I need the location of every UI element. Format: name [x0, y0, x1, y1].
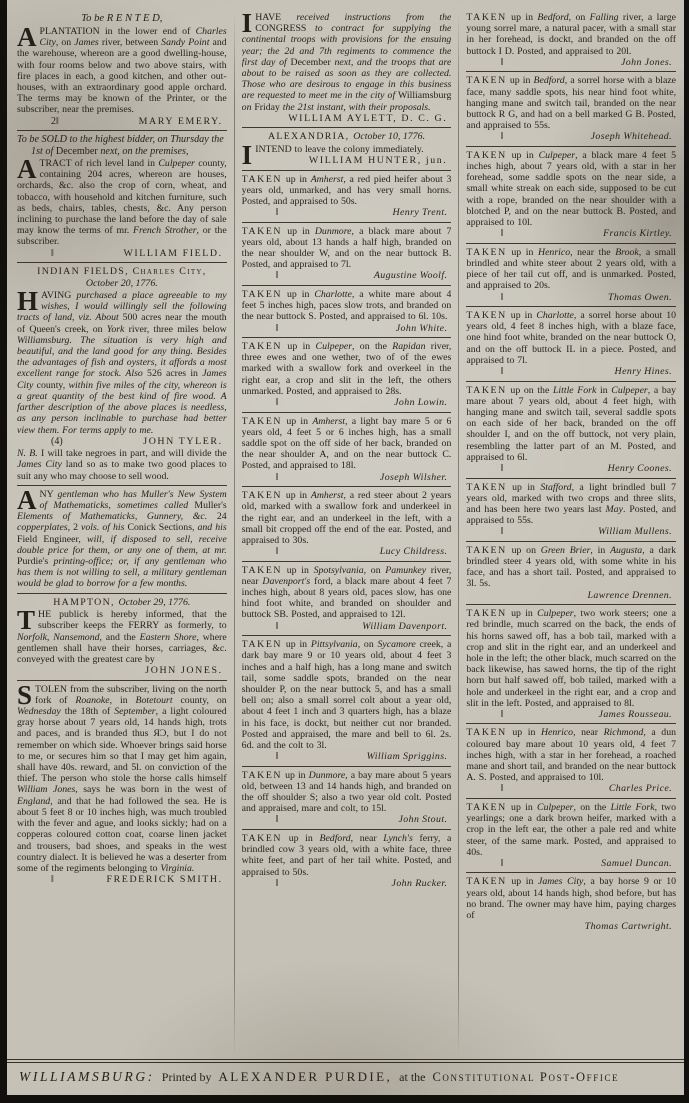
- text-segment: , a light coloured gray horse about 7 ye…: [17, 706, 227, 784]
- signature-mark: ‖: [500, 463, 503, 475]
- imprint-printer-name: ALEXANDER PURDIE,: [218, 1069, 392, 1085]
- ad-divider: [242, 222, 452, 223]
- signature-mark: ‖: [276, 814, 279, 826]
- ad-body: APLANTATION in the lower end of Charles …: [17, 26, 227, 116]
- text-segment: up in: [507, 12, 538, 23]
- text-segment: up in: [282, 639, 311, 650]
- text-segment: , in: [590, 545, 610, 556]
- text-segment: Dunmore: [309, 770, 346, 781]
- ad-lead-word: TAKEN: [466, 876, 506, 887]
- signature-name: James Rousseau.: [599, 709, 672, 721]
- signature-row: ‖Joseph Whitehead.: [466, 131, 676, 143]
- signature-mark: ‖: [276, 397, 279, 409]
- signature-name: John Stout.: [399, 814, 448, 826]
- text-segment: river, three miles below: [124, 324, 226, 335]
- advertisement: TAKEN up in Bedford, near Lynch's ferry,…: [242, 833, 452, 889]
- drop-cap: A: [17, 158, 40, 180]
- signature-mark: ‖: [500, 228, 503, 240]
- ad-body: TAKEN up in Henrico, near Richmond, a du…: [466, 727, 676, 783]
- signature-mark: ‖: [276, 546, 279, 558]
- signature-name: Augustine Woolf.: [374, 270, 448, 282]
- signature-name: Henry Hines.: [615, 366, 672, 378]
- advertisement: TAKEN up on Green Brier, in Augusta, a d…: [466, 545, 676, 601]
- text-segment: , a black mare 4 feet 5 inches high, abo…: [466, 150, 676, 228]
- text-segment: Little Fork: [553, 385, 596, 396]
- signature-name: MARY EMERY.: [139, 116, 223, 128]
- text-segment: Davenport's: [262, 576, 310, 587]
- text-segment: ALEXANDRIA,: [268, 131, 353, 142]
- text-segment: , on the: [574, 802, 611, 813]
- ad-heading: To be SOLD to the highest bidder, on Thu…: [17, 134, 227, 157]
- ad-lead-word: TAKEN: [242, 639, 282, 650]
- ad-divider: [242, 486, 452, 487]
- text-segment: up in: [507, 608, 537, 619]
- ad-lead-word: TAKEN: [466, 545, 506, 556]
- signature-row: ‖John Stout.: [242, 814, 452, 826]
- ad-body: TAKEN up in James City, a bay horse 9 or…: [466, 876, 676, 921]
- signature-row: ‖Lucy Childress.: [242, 546, 452, 558]
- signature-name: John Rucker.: [392, 878, 448, 890]
- text-segment: HE publick is hereby informed, that the …: [38, 609, 227, 631]
- signature-row: ‖John Jones.: [466, 57, 676, 69]
- ad-body: TAKEN up in Amherst, a light bay mare 5 …: [242, 416, 452, 472]
- ad-body: ANY gentleman who has Muller's New Syste…: [17, 489, 227, 590]
- text-segment: Pittsylvania: [311, 639, 358, 650]
- text-segment: Dunmore: [315, 226, 352, 237]
- text-segment: printing-office; or, if any gentleman wh…: [17, 556, 227, 589]
- advertisement: TAKEN up on the Little Fork in Culpeper,…: [466, 385, 676, 475]
- signature-row: ‖William Spriggins.: [242, 751, 452, 763]
- signature-mark: ‖: [276, 472, 279, 484]
- text-segment: Lynch's: [383, 833, 413, 844]
- imprint-at-the: at the: [399, 1070, 425, 1085]
- text-segment: and his: [198, 522, 227, 533]
- text-segment: Charlotte: [536, 310, 574, 321]
- signature-row: ‖Francis Kirtley.: [466, 228, 676, 240]
- ad-postscript: N. B. I will take negroes in part, and w…: [17, 448, 227, 482]
- text-segment: Sycamore: [378, 639, 416, 650]
- ad-body: TAKEN up in Pittsylvania, on Sycamore cr…: [242, 639, 452, 751]
- text-segment: , in: [110, 695, 136, 706]
- signature-name: WILLIAM HUNTER, jun.: [309, 155, 447, 167]
- columns-container: To be R E N T E D,APLANTATION in the low…: [7, 0, 684, 1055]
- ad-divider: [242, 412, 452, 413]
- ad-body: TAKEN up in Bedford, on Falling river, a…: [466, 12, 676, 57]
- ad-divider: [242, 127, 452, 128]
- ad-divider: [242, 561, 452, 562]
- text-segment: vols. of his: [81, 522, 124, 533]
- text-segment: up in: [282, 174, 311, 185]
- advertisement: HAMPTON, October 29, 1776.THE publick is…: [17, 597, 227, 677]
- ad-body: TAKEN up in Culpeper, a black mare 4 fee…: [466, 150, 676, 228]
- ad-lead-word: TAKEN: [466, 802, 506, 813]
- text-segment: September: [114, 706, 155, 717]
- ad-divider: [466, 604, 676, 605]
- advertisement: INDIAN FIELDS, Charles City,October 20, …: [17, 266, 227, 482]
- signature-name: Thomas Cartwright.: [585, 921, 672, 933]
- text-segment: up in: [282, 226, 315, 237]
- ad-dateline: INDIAN FIELDS, Charles City,October 20, …: [17, 266, 227, 289]
- ad-divider: [17, 130, 227, 131]
- ad-body: ATRACT of rich level land in Culpeper co…: [17, 158, 227, 248]
- text-segment: INDIAN FIELDS,: [37, 266, 132, 277]
- signature-mark: ‖: [500, 783, 503, 795]
- text-segment: 526 acres in: [143, 368, 202, 379]
- text-segment: PLANTATION in the lower end of: [40, 26, 196, 37]
- text-segment: Bedford: [533, 75, 564, 86]
- signature-mark: 2‖: [51, 116, 59, 128]
- text-segment: Falling: [590, 12, 619, 23]
- ad-body: IHAVE received instructions from the CON…: [242, 12, 452, 113]
- signature-row: ‖FREDERICK SMITH.: [17, 874, 227, 886]
- ad-divider: [466, 146, 676, 147]
- ad-lead-word: TAKEN: [242, 289, 282, 300]
- signature-row: ‖John White.: [242, 323, 452, 335]
- ad-lead-word: TAKEN: [242, 174, 282, 185]
- ad-divider: [17, 485, 227, 486]
- text-segment: up in: [282, 341, 315, 352]
- signature-row: 2‖MARY EMERY.: [17, 116, 227, 128]
- text-segment: up in: [282, 490, 311, 501]
- signature-name: William Davenport.: [362, 621, 447, 633]
- text-segment: December: [56, 146, 98, 157]
- text-segment: Amherst: [311, 174, 344, 185]
- ad-body: TAKEN up in Charlotte, a white mare abou…: [242, 289, 452, 323]
- text-segment: county, on: [173, 695, 227, 706]
- advertisement: TAKEN up in Amherst, a light bay mare 5 …: [242, 416, 452, 484]
- signature-mark: ‖: [500, 858, 503, 870]
- ad-lead-word: TAKEN: [466, 385, 506, 396]
- signature-name: Samuel Duncan.: [601, 858, 672, 870]
- ad-body: TAKEN up in Stafford, a light brindled b…: [466, 482, 676, 527]
- ad-body: TAKEN up in Spotsylvania, on Pamunkey ri…: [242, 565, 452, 621]
- ad-body: TAKEN up in Dunmore, a bay mare about 5 …: [242, 770, 452, 815]
- signature-row: Thomas Cartwright.: [466, 921, 676, 933]
- text-segment: , near: [573, 727, 604, 738]
- ad-dateline: HAMPTON, October 29, 1776.: [17, 597, 227, 609]
- text-segment: Culpeper: [539, 150, 575, 161]
- text-segment: and the: [102, 632, 140, 643]
- text-segment: , on: [56, 37, 74, 48]
- signature-mark: ‖: [500, 131, 503, 143]
- text-segment: 24: [207, 511, 226, 522]
- ad-divider: [466, 723, 676, 724]
- text-segment: up in: [507, 876, 538, 887]
- advertisement: ANY gentleman who has Muller's New Syste…: [17, 489, 227, 590]
- text-segment: the 18th of: [61, 706, 115, 717]
- signature-row: ‖Thomas Owen.: [466, 292, 676, 304]
- column-divider: [234, 12, 235, 1055]
- signature-name: John Jones.: [621, 57, 672, 69]
- signature-name: FREDERICK SMITH.: [107, 874, 223, 886]
- imprint-printed-by: Printed by: [162, 1070, 212, 1085]
- text-segment: up in: [507, 482, 541, 493]
- text-segment: Bedford: [319, 833, 350, 844]
- text-segment: , says he was born in the west of: [75, 784, 226, 795]
- ad-body: TAKEN up in Bedford, near Lynch's ferry,…: [242, 833, 452, 878]
- drop-cap: S: [17, 684, 35, 706]
- advertisement: TAKEN up in Bedford, a sorrel horse with…: [466, 75, 676, 143]
- text-segment: York: [107, 324, 125, 335]
- advertisement: TAKEN up in Culpeper, two work steers; o…: [466, 608, 676, 720]
- ad-divider: [466, 71, 676, 72]
- ad-divider: [466, 541, 676, 542]
- signature-name: Henry Trent.: [392, 207, 447, 219]
- signature-mark: ‖: [276, 323, 279, 335]
- text-segment: Amherst: [312, 416, 345, 427]
- ad-lead-word: TAKEN: [242, 490, 282, 501]
- advertisement: TAKEN up in Charlotte, a white mare abou…: [242, 289, 452, 334]
- signature-row: JOHN JONES.: [17, 665, 227, 677]
- ad-lead-word: TAKEN: [466, 12, 506, 23]
- text-segment: Amherst: [311, 490, 344, 501]
- signature-name: John Lowin.: [394, 397, 447, 409]
- text-segment: up in: [282, 833, 319, 844]
- text-segment: up in: [507, 310, 537, 321]
- text-segment: N. B.: [17, 448, 38, 459]
- text-segment: , near the: [570, 247, 615, 258]
- text-segment: Williamsburg: [395, 90, 451, 101]
- signature-name: Francis Kirtley.: [603, 228, 672, 240]
- text-segment: , on: [569, 12, 590, 23]
- text-segment: Stafford: [540, 482, 571, 493]
- imprint-city: WILLIAMSBURG:: [19, 1069, 155, 1085]
- ad-lead-word: TAKEN: [242, 833, 282, 844]
- text-segment: river, between: [99, 37, 161, 48]
- text-segment: Field Engineer,: [17, 534, 87, 545]
- ad-divider: [466, 306, 676, 307]
- ad-body: IINTEND to leave the colony immediately.: [242, 144, 452, 155]
- advertisement: TAKEN up in Henrico, near the Brook, a s…: [466, 247, 676, 303]
- ad-divider: [242, 766, 452, 767]
- text-segment: CONGRESS: [255, 23, 315, 34]
- advertisement: TAKEN up in Charlotte, a sorrel horse ab…: [466, 310, 676, 378]
- text-segment: , a bay mare about 7 years old, about 4 …: [466, 385, 676, 463]
- signature-name: JOHN JONES.: [145, 665, 222, 677]
- drop-cap: H: [17, 290, 41, 312]
- text-segment: the 21st instant, with their proposals.: [283, 102, 431, 113]
- ad-divider: [17, 593, 227, 594]
- advertisement: TAKEN up in Spotsylvania, on Pamunkey ri…: [242, 565, 452, 633]
- text-segment: and the warehouse, whereon are a good dw…: [17, 37, 227, 115]
- advertisement: IHAVE received instructions from the CON…: [242, 12, 452, 124]
- text-segment: , two work steers; one a red brindle, mu…: [466, 608, 676, 709]
- drop-cap: A: [17, 26, 40, 48]
- ad-divider: [466, 872, 676, 873]
- signature-mark: ‖: [500, 292, 503, 304]
- signature-name: WILLIAM FIELD.: [123, 248, 222, 260]
- ad-body: TAKEN up in Henrico, near the Brook, a s…: [466, 247, 676, 292]
- text-segment: Culpeper: [158, 158, 194, 169]
- advertisement: TAKEN up in Amherst, a red pied heifer a…: [242, 174, 452, 219]
- signature-row: ‖Augustine Woolf.: [242, 270, 452, 282]
- text-segment: 2: [70, 522, 81, 533]
- advertisement: TAKEN up in Dunmore, a bay mare about 5 …: [242, 770, 452, 826]
- newspaper-column-3: TAKEN up in Bedford, on Falling river, a…: [466, 12, 676, 1055]
- advertisement: TAKEN up in Stafford, a light brindled b…: [466, 482, 676, 538]
- signature-row: ‖William Davenport.: [242, 621, 452, 633]
- text-segment: October 10, 1776.: [353, 131, 425, 142]
- signature-name: Lawrence Drennen.: [588, 590, 673, 602]
- text-segment: INTEND to leave the colony immediately.: [255, 144, 423, 155]
- signature-mark: ‖: [500, 526, 503, 538]
- signature-row: ‖John Lowin.: [242, 397, 452, 409]
- text-segment: creek, a dark bay mare 9 or 10 years old…: [242, 639, 452, 751]
- text-segment: Brook: [615, 247, 639, 258]
- text-segment: Henrico: [538, 247, 570, 258]
- text-segment: James City: [538, 876, 583, 887]
- newspaper-column-2: IHAVE received instructions from the CON…: [242, 12, 452, 1055]
- text-segment: October 20, 1776.: [86, 278, 158, 289]
- text-segment: , near: [351, 833, 384, 844]
- text-segment: up on: [507, 545, 541, 556]
- ad-body: TAKEN up in Amherst, a red steer about 2…: [242, 490, 452, 546]
- ad-divider: [466, 381, 676, 382]
- ad-body: TAKEN up on the Little Fork in Culpeper,…: [466, 385, 676, 463]
- ad-lead-word: TAKEN: [466, 482, 506, 493]
- ad-divider: [466, 243, 676, 244]
- text-segment: Little Fork: [611, 802, 655, 813]
- signature-mark: ‖: [51, 248, 54, 260]
- text-segment: Charlotte: [314, 289, 352, 300]
- ad-lead-word: TAKEN: [466, 727, 506, 738]
- text-segment: up in: [282, 289, 314, 300]
- text-segment: Eastern Shore: [140, 632, 197, 643]
- ad-lead-word: TAKEN: [466, 150, 506, 161]
- ad-body: TAKEN up in Culpeper, two work steers; o…: [466, 608, 676, 709]
- newspaper-page: To be R E N T E D,APLANTATION in the low…: [7, 0, 684, 1095]
- text-segment: , on the: [352, 341, 392, 352]
- text-segment: Culpeper: [537, 802, 573, 813]
- text-segment: Bedford: [537, 12, 568, 23]
- signature-mark: ‖: [500, 709, 503, 721]
- ad-body: TAKEN up in Dunmore, a black mare about …: [242, 226, 452, 271]
- ad-divider: [242, 170, 452, 171]
- text-segment: James: [74, 37, 98, 48]
- imprint-office: Constitutional Post-Office: [432, 1070, 619, 1085]
- text-segment: Culpeper: [316, 341, 352, 352]
- text-segment: Culpeper: [611, 385, 647, 396]
- text-segment: Friday: [251, 102, 282, 113]
- signature-mark: ‖: [276, 270, 279, 282]
- text-segment: Norfolk, Nansemond,: [17, 632, 102, 643]
- text-segment: Culpeper: [537, 608, 573, 619]
- signature-mark: ‖: [500, 57, 503, 69]
- ad-body: THE publick is hereby informed, that the…: [17, 609, 227, 665]
- signature-name: JOHN TYLER.: [143, 436, 222, 448]
- ad-body: TAKEN up in Culpeper, on the Rapidan riv…: [242, 341, 452, 397]
- drop-cap: I: [242, 144, 256, 166]
- text-segment: NY: [40, 489, 58, 500]
- signature-mark: ‖: [276, 751, 279, 763]
- ad-body: TAKEN up in Charlotte, a sorrel horse ab…: [466, 310, 676, 366]
- ad-lead-word: TAKEN: [242, 416, 282, 427]
- ad-divider: [466, 798, 676, 799]
- signature-name: William Mullens.: [598, 526, 672, 538]
- text-segment: October 29, 1776.: [119, 597, 191, 608]
- ad-divider: [242, 829, 452, 830]
- text-segment: , on: [364, 565, 386, 576]
- advertisement: TAKEN up in Amherst, a red steer about 2…: [242, 490, 452, 558]
- ad-divider: [17, 680, 227, 681]
- drop-cap: A: [17, 489, 40, 511]
- ad-body: TAKEN up in Amherst, a red pied heifer a…: [242, 174, 452, 208]
- text-segment: Conick Sections,: [124, 522, 197, 533]
- text-segment: Henrico: [541, 727, 573, 738]
- text-segment: up in: [507, 727, 541, 738]
- advertisement: TAKEN up in Culpeper, a black mare 4 fee…: [466, 150, 676, 240]
- ad-divider: [17, 262, 227, 263]
- text-segment: up on the: [507, 385, 553, 396]
- advertisement: To be R E N T E D,APLANTATION in the low…: [17, 13, 227, 127]
- signature-row: ‖James Rousseau.: [466, 709, 676, 721]
- text-segment: Botetourt: [136, 695, 173, 706]
- signature-row: WILLIAM AYLETT, D. C. G.: [242, 113, 452, 125]
- ad-divider: [466, 478, 676, 479]
- text-segment: up in: [507, 75, 534, 86]
- advertisement: ALEXANDRIA, October 10, 1776.IINTEND to …: [242, 131, 452, 166]
- signature-name: Charles Price.: [609, 783, 672, 795]
- text-segment: Williamsburg.: [17, 335, 72, 346]
- text-segment: next, on the premises,: [98, 146, 189, 157]
- advertisement: To be SOLD to the highest bidder, on Thu…: [17, 134, 227, 259]
- ad-body: STOLEN from the subscriber, living on th…: [17, 684, 227, 874]
- text-segment: Elements of Mathematicks, Gunnery, &c.: [17, 511, 207, 522]
- signature-mark: ‖: [276, 878, 279, 890]
- text-segment: Muller's: [188, 500, 227, 511]
- ad-body: TAKEN up in Bedford, a sorrel horse with…: [466, 75, 676, 131]
- ad-heading: To be R E N T E D,: [17, 13, 227, 25]
- signature-name: Joseph Wilsher.: [380, 472, 447, 484]
- advertisement: TAKEN up in Culpeper, on the Rapidan riv…: [242, 341, 452, 409]
- text-segment: up in: [282, 416, 312, 427]
- advertisement: TAKEN up in Culpeper, on the Little Fork…: [466, 802, 676, 870]
- signature-mark: (4): [51, 436, 63, 448]
- ad-lead-word: TAKEN: [466, 75, 506, 86]
- ad-body: TAKEN up on Green Brier, in Augusta, a d…: [466, 545, 676, 590]
- text-segment: received instructions from the: [296, 12, 451, 23]
- advertisement: STOLEN from the subscriber, living on th…: [17, 684, 227, 886]
- signature-name: William Spriggins.: [367, 751, 448, 763]
- advertisement: TAKEN up in James City, a bay horse 9 or…: [466, 876, 676, 932]
- text-segment: To be R E N T E D,: [81, 13, 162, 24]
- text-segment: Augusta: [610, 545, 642, 556]
- text-segment: Rapidan: [392, 341, 425, 352]
- text-segment: Roanoke: [75, 695, 109, 706]
- text-segment: French Strother: [133, 225, 196, 236]
- signature-row: WILLIAM HUNTER, jun.: [255, 155, 451, 167]
- signature-row: ‖William Mullens.: [466, 526, 676, 538]
- ad-lead-word: TAKEN: [466, 608, 506, 619]
- ad-lead-word: TAKEN: [242, 226, 282, 237]
- signature-mark: ‖: [51, 874, 54, 886]
- signature-mark: ‖: [500, 366, 503, 378]
- signature-row: ‖Samuel Duncan.: [466, 858, 676, 870]
- text-segment: May: [606, 504, 623, 515]
- signature-name: Joseph Whitehead.: [591, 131, 672, 143]
- drop-cap: I: [242, 12, 256, 34]
- signature-mark: ‖: [276, 207, 279, 219]
- ad-lead-word: TAKEN: [466, 310, 506, 321]
- text-segment: HAMPTON,: [53, 597, 118, 608]
- signature-name: Thomas Owen.: [608, 292, 672, 304]
- signature-name: John White.: [396, 323, 448, 335]
- text-segment: on: [242, 102, 252, 113]
- text-segment: Richmond: [604, 727, 644, 738]
- text-segment: December: [287, 57, 335, 68]
- signature-name: WILLIAM AYLETT, D. C. G.: [288, 113, 447, 125]
- ad-dateline: ALEXANDRIA, October 10, 1776.: [242, 131, 452, 143]
